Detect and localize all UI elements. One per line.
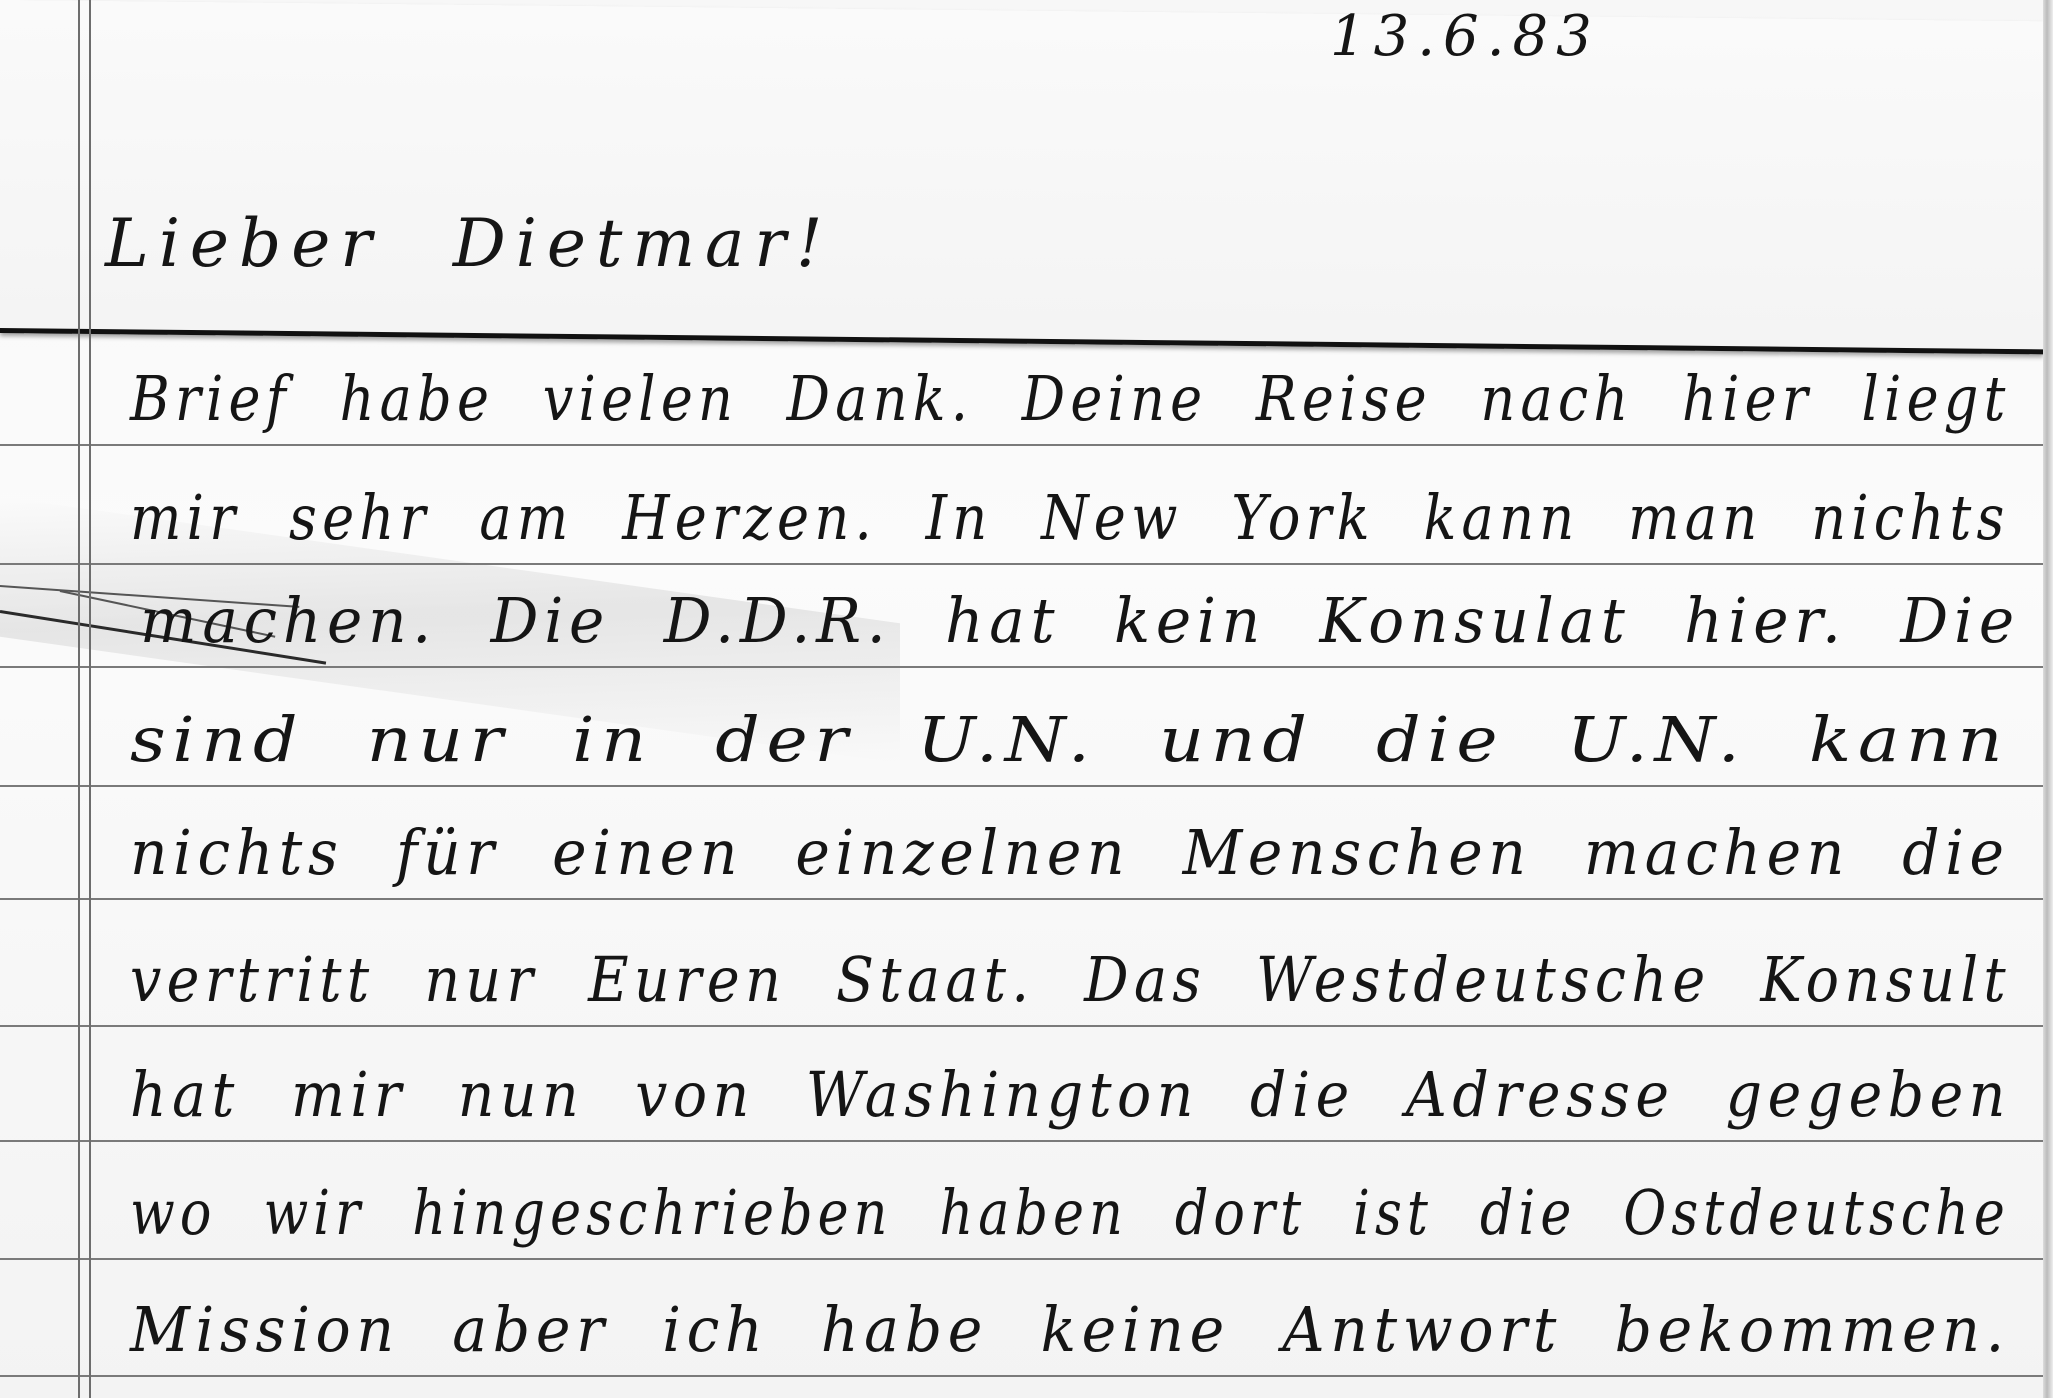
ruled-line xyxy=(0,1025,2043,1027)
ruled-line xyxy=(0,444,2043,446)
ruled-line xyxy=(0,1375,2043,1377)
ruled-line xyxy=(0,563,2043,565)
letter-line: mir sehr am Herzen. In New York kann man… xyxy=(130,481,2010,554)
letter-line: Mission aber ich habe keine Antwort beko… xyxy=(130,1293,2010,1366)
ruled-line xyxy=(0,666,2043,668)
ruled-line xyxy=(0,1258,2043,1260)
letter-line: sind nur in der U.N. und die U.N. kann xyxy=(130,703,2009,776)
letter-date: 13.6.83 xyxy=(1330,4,1600,69)
letter-line: vertritt nur Euren Staat. Das Westdeutsc… xyxy=(130,943,2011,1016)
letter-line: wo wir hingeschrieben haben dort ist die… xyxy=(130,1176,2010,1249)
letter-line: machen. Die D.D.R. hat kein Konsulat hie… xyxy=(140,584,2020,657)
letter-line: hat mir nun von Washington die Adresse g… xyxy=(130,1058,2011,1131)
letter-line: Brief habe vielen Dank. Deine Reise nach… xyxy=(130,362,2011,435)
paper-right-edge xyxy=(2043,0,2053,1398)
letter-salutation: Lieber Dietmar! xyxy=(105,205,832,282)
bleed-through-text xyxy=(560,106,583,166)
folded-top-sheet xyxy=(0,0,2043,354)
ruled-line xyxy=(0,785,2043,787)
letter-line: nichts für einen einzelnen Menschen mach… xyxy=(130,816,2010,889)
margin-line-left xyxy=(78,0,80,1398)
ruled-line xyxy=(0,1140,2043,1142)
ruled-line xyxy=(0,898,2043,900)
margin-line-right xyxy=(89,0,91,1398)
